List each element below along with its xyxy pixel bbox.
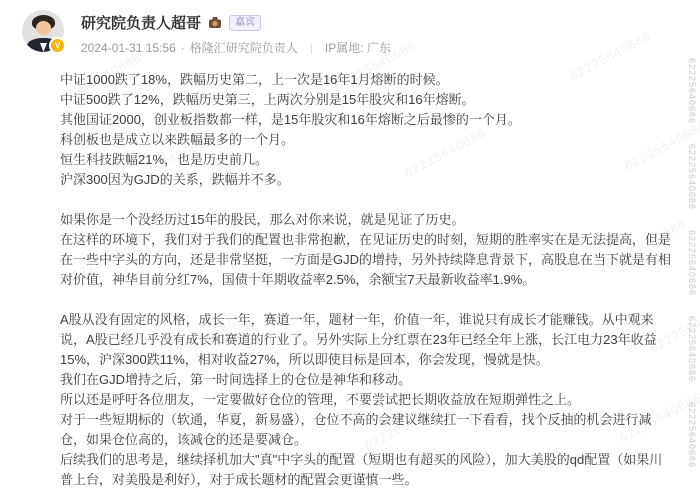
watermark-text-vertical: 62225640686	[687, 316, 697, 382]
post-datetime: 2024-01-31 15:56	[81, 41, 176, 55]
post-line: 在这样的环境下，我们对于我们的配置也非常抱歉，在见证历史的时刻，短期的胜率实在是…	[60, 230, 672, 290]
author-role: 格隆汇研究院负责人	[190, 39, 298, 56]
post-line: 所以还是呼吁各位朋友，一定要做好仓位的管理，不要尝试把长期收益放在短期弹性之上。	[60, 390, 672, 410]
watermark-text-vertical: 62225640686	[687, 402, 697, 468]
guest-badge: 嘉宾	[229, 15, 261, 31]
post-line: 其他国证2000，创业板指数都一样，是15年股灾和16年熔断之后最惨的一个月。	[60, 110, 672, 130]
post-meta: 2024-01-31 15:56 · 格隆汇研究院负责人 | IP属地: 广东	[81, 39, 391, 56]
watermark-text-vertical: 62225640686	[687, 230, 697, 296]
post-line: 对于一些短期标的（软通，华夏，新易盛），仓位不高的会建议继续扛一下看看，找个反抽…	[60, 410, 672, 450]
post-line: 如果你是一个没经历过15年的股民，那么对你来说，就是见证了历史。	[60, 210, 672, 230]
post-line: 中证1000跌了18%，跌幅历史第二，上一次是16年1月熔断的时候。	[60, 70, 672, 90]
verified-v-icon: V	[49, 37, 66, 54]
post-line: 后续我们的思考是，继续择机加大"真"中字头的配置（短期也有超买的风险），加大美股…	[60, 450, 672, 490]
post-line: 沪深300因为GJD的关系，跌幅并不多。	[60, 170, 672, 190]
post-paragraph: 中证1000跌了18%，跌幅历史第二，上一次是16年1月熔断的时候。 中证500…	[60, 70, 672, 190]
post-header: V 研究院负责人超哥 嘉宾 2024-01-31 15:56 · 格隆汇研究院负…	[0, 0, 700, 56]
post-page: 62225640686 62225640686 62225640686 6222…	[0, 0, 700, 495]
ip-location: IP属地: 广东	[325, 39, 391, 56]
watermark-text-vertical: 62225640686	[687, 58, 697, 124]
avatar[interactable]: V	[22, 10, 64, 52]
post-line: 恒生科技跌幅21%，也是历史前几。	[60, 150, 672, 170]
post-line: 我们在GJD增持之后，第一时间选择上的仓位是神华和移动。	[60, 370, 672, 390]
post-paragraph: A股从没有固定的风格，成长一年，赛道一年，题材一年，价值一年，谁说只有成长才能赚…	[60, 310, 672, 490]
medal-icon	[208, 16, 222, 29]
username[interactable]: 研究院负责人超哥	[81, 12, 201, 33]
meta-divider: |	[310, 41, 313, 55]
post-body: 中证1000跌了18%，跌幅历史第二，上一次是16年1月熔断的时候。 中证500…	[60, 70, 672, 490]
post-line: 中证500跌了12%，跌幅历史第三，上两次分别是15年股灾和16年熔断。	[60, 90, 672, 110]
post-line: A股从没有固定的风格，成长一年，赛道一年，题材一年，价值一年，谁说只有成长才能赚…	[60, 310, 672, 370]
watermark-text-vertical: 62225640686	[687, 144, 697, 210]
header-text: 研究院负责人超哥 嘉宾 2024-01-31 15:56 · 格隆汇研究院负责人…	[81, 10, 391, 56]
post-paragraph: 如果你是一个没经历过15年的股民，那么对你来说，就是见证了历史。 在这样的环境下…	[60, 210, 672, 290]
meta-dot: ·	[181, 41, 185, 55]
post-line: 科创板也是成立以来跌幅最多的一个月。	[60, 130, 672, 150]
